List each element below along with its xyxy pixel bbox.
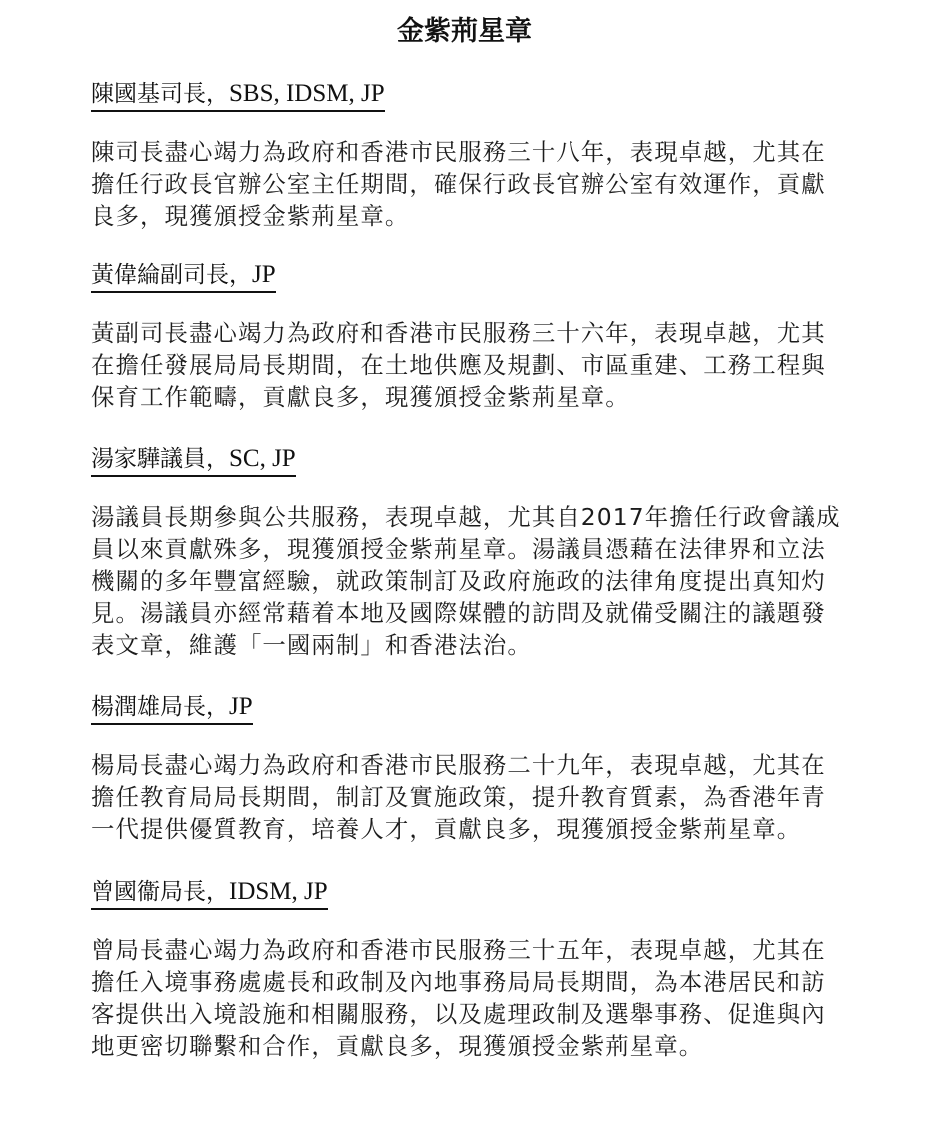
citation-line: 湯議員長期參與公共服務，表現卓越，尤其自2017年擔任行政會議成 bbox=[91, 501, 861, 533]
citation-line: 黃副司長盡心竭力為政府和香港市民服務三十六年，表現卓越，尤其 bbox=[91, 317, 861, 349]
awardee-name-heading: 黃偉綸副司長，JP bbox=[91, 259, 276, 293]
awardee-name-heading: 楊潤雄局長，JP bbox=[91, 691, 253, 725]
awardee-name-heading: 湯家驊議員，SC, JP bbox=[91, 443, 296, 477]
citation-line: 良多，現獲頒授金紫荊星章。 bbox=[91, 200, 861, 232]
document-title: 金紫荊星章 bbox=[0, 14, 929, 50]
awardee-name-heading: 陳國基司長，SBS, IDSM, JP bbox=[91, 78, 385, 112]
awardee-section-wong-wai-lun: 黃偉綸副司長，JP 黃副司長盡心竭力為政府和香港市民服務三十六年，表現卓越，尤其… bbox=[91, 259, 861, 413]
awardee-name: 楊潤雄局長， bbox=[91, 694, 229, 720]
citation-paragraph: 曾局長盡心竭力為政府和香港市民服務三十五年，表現卓越，尤其在 擔任入境事務處處長… bbox=[91, 934, 861, 1062]
awardee-section-tsang-kwok-wai: 曾國衞局長，IDSM, JP 曾局長盡心竭力為政府和香港市民服務三十五年，表現卓… bbox=[91, 876, 861, 1062]
awardee-postnominals: SBS, IDSM, JP bbox=[229, 80, 385, 107]
citation-line: 擔任入境事務處處長和政制及內地事務局局長期間，為本港居民和訪 bbox=[91, 966, 861, 998]
citation-line: 見。湯議員亦經常藉着本地及國際媒體的訪問及就備受關注的議題發 bbox=[91, 597, 861, 629]
awardee-name: 陳國基司長， bbox=[91, 81, 229, 107]
awardee-name-heading: 曾國衞局長，IDSM, JP bbox=[91, 876, 328, 910]
citation-line: 曾局長盡心竭力為政府和香港市民服務三十五年，表現卓越，尤其在 bbox=[91, 934, 861, 966]
citation-paragraph: 楊局長盡心竭力為政府和香港市民服務二十九年，表現卓越，尤其在 擔任教育局局長期間… bbox=[91, 749, 861, 845]
citation-line: 楊局長盡心竭力為政府和香港市民服務二十九年，表現卓越，尤其在 bbox=[91, 749, 861, 781]
citation-line: 機關的多年豐富經驗，就政策制訂及政府施政的法律角度提出真知灼 bbox=[91, 565, 861, 597]
awardee-postnominals: IDSM, JP bbox=[229, 878, 328, 905]
citation-line: 客提供出入境設施和相關服務，以及處理政制及選舉事務、促進與內 bbox=[91, 998, 861, 1030]
awardee-postnominals: SC, JP bbox=[229, 445, 296, 472]
awardee-name: 湯家驊議員， bbox=[91, 446, 229, 472]
citation-line: 地更密切聯繫和合作，貢獻良多，現獲頒授金紫荊星章。 bbox=[91, 1030, 861, 1062]
document-page: 金紫荊星章 陳國基司長，SBS, IDSM, JP 陳司長盡心竭力為政府和香港市… bbox=[0, 0, 929, 1145]
citation-line: 表文章，維護「一國兩制」和香港法治。 bbox=[91, 629, 861, 661]
awardee-section-yeung-yun-hung: 楊潤雄局長，JP 楊局長盡心竭力為政府和香港市民服務二十九年，表現卓越，尤其在 … bbox=[91, 691, 861, 845]
awardee-name: 黃偉綸副司長， bbox=[91, 262, 252, 288]
awardee-postnominals: JP bbox=[252, 261, 276, 288]
citation-line: 保育工作範疇，貢獻良多，現獲頒授金紫荊星章。 bbox=[91, 381, 861, 413]
citation-line: 員以來貢獻殊多，現獲頒授金紫荊星章。湯議員憑藉在法律界和立法 bbox=[91, 533, 861, 565]
awardee-name: 曾國衞局長， bbox=[91, 879, 229, 905]
awardee-postnominals: JP bbox=[229, 693, 253, 720]
awardee-section-chan-kwok-ki: 陳國基司長，SBS, IDSM, JP 陳司長盡心竭力為政府和香港市民服務三十八… bbox=[91, 78, 861, 232]
citation-line: 擔任行政長官辦公室主任期間，確保行政長官辦公室有效運作，貢獻 bbox=[91, 168, 861, 200]
citation-paragraph: 黃副司長盡心竭力為政府和香港市民服務三十六年，表現卓越，尤其 在擔任發展局局長期… bbox=[91, 317, 861, 413]
citation-line: 陳司長盡心竭力為政府和香港市民服務三十八年，表現卓越，尤其在 bbox=[91, 136, 861, 168]
awardee-section-tong-ka-wah: 湯家驊議員，SC, JP 湯議員長期參與公共服務，表現卓越，尤其自2017年擔任… bbox=[91, 443, 861, 661]
citation-paragraph: 湯議員長期參與公共服務，表現卓越，尤其自2017年擔任行政會議成 員以來貢獻殊多… bbox=[91, 501, 861, 661]
citation-line: 在擔任發展局局長期間，在土地供應及規劃、市區重建、工務工程與 bbox=[91, 349, 861, 381]
citation-line: 一代提供優質教育，培養人才，貢獻良多，現獲頒授金紫荊星章。 bbox=[91, 813, 861, 845]
citation-line: 擔任教育局局長期間，制訂及實施政策，提升教育質素，為香港年青 bbox=[91, 781, 861, 813]
citation-paragraph: 陳司長盡心竭力為政府和香港市民服務三十八年，表現卓越，尤其在 擔任行政長官辦公室… bbox=[91, 136, 861, 232]
